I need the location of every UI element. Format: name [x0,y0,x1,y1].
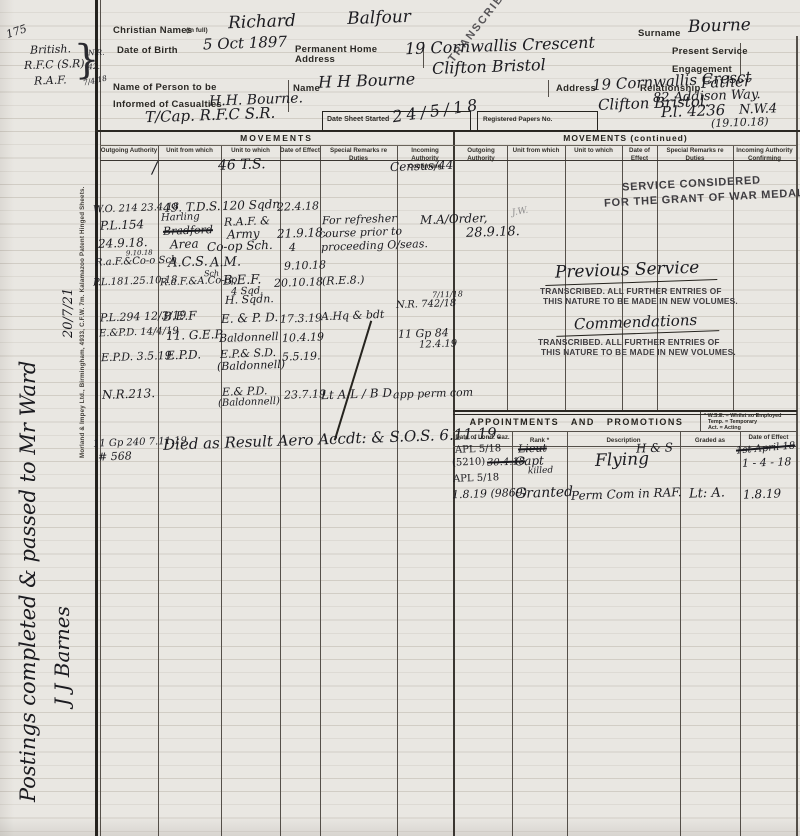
movement-entry: Area [170,238,199,251]
service-raf-note: R.A.F. [34,74,67,86]
movement-entry: 22.4.18 [277,200,319,212]
movement-entry: 10.4.19 [282,331,324,343]
movement-entry: 28.9.18. [466,225,520,240]
address-label: Address [556,83,596,94]
col-graded-as: Graded as [680,437,740,445]
legend-act: Act. = Acting [708,425,741,431]
movement-entry-superscript: 7/11/18 [432,290,463,299]
movement-entry: 23.7.19 [284,388,326,400]
movement-entry: A.C.S. [168,255,208,269]
binding-rule [95,0,98,836]
movement-entry: A.M. [210,255,241,269]
col-unit-from: Unit from which [507,147,565,155]
appointment-entry: killed [528,467,553,477]
appointment-entry: Perm Com in RAF. [571,486,682,502]
transcribed-note-2: THIS NATURE TO BE MADE IN NEW VOLUMES. [541,348,736,356]
present-service-label: Present Service [672,46,748,57]
registered-papers-label: Registered Papers No. [483,116,552,123]
margin-annotation: 42. [88,63,100,71]
movement-entry: Co-op Sch. [207,239,273,253]
appointment-entry: (5210) [452,457,486,468]
movement-entry-struck: Bradford [163,224,213,237]
printer-imprint: Morland & Impey Ltd., Birmingham, 4933, … [79,153,86,458]
movement-entry: Lt A.L / B D [321,387,392,401]
signature-date: 20/7/21 [62,288,75,338]
relation-date: (19.10.18) [711,116,769,129]
margin-annotation: N.R. [88,49,105,57]
previous-service-heading: Previous Service [545,259,718,286]
col-unit-to: Unit to which [565,147,622,155]
movement-entry: E.P.D. [166,348,201,361]
movement-entry: H. Sqdn. [225,293,274,306]
appointments-top-rule [453,410,797,412]
movement-entry: 20.10.18 [274,276,323,289]
appointment-entry: 1.8.19 [743,487,782,500]
appointment-entry: APL 5/18 [453,473,500,485]
signature: J J Barnes [52,396,72,706]
movement-entry: 120 Sqdn [222,198,280,212]
movement-entry: 12.4.19 [419,339,457,350]
movement-entry: (R.E.8.) [322,274,365,286]
movement-entry: 17.3.19 [280,312,322,324]
appointment-entry: Granted [515,485,574,501]
movement-entry: N.R.213. [102,387,156,401]
movement-entry: 46 T.S. [218,157,266,173]
table-left-rule [100,0,101,836]
nationality-note: British. [30,43,71,55]
movement-entry: R.a.F.&Co-o Sch [95,256,178,269]
surname-label: Surname [638,28,681,39]
dob-label: Date of Birth [117,45,178,56]
movement-entry-superscript: 9.10.18 [126,250,153,258]
col-outgoing-authority: Outgoing Authority [455,147,507,163]
col-incoming-authority: Incoming Authority Confirming [733,147,796,163]
movement-entry: course prior to [319,226,402,240]
person-to-inform-label: Name of Person to be [113,82,217,93]
movement-entry: A.Hq & bdt [321,309,385,322]
transcribed-note: TRANSCRIBED. ALL FURTHER ENTRIES OF [540,287,722,295]
movements-title: MOVEMENTS [100,133,453,143]
column-rule [280,145,281,836]
movement-entry: E. & P. D. [221,311,279,325]
home-address-value: 19 Cornwallis Crescent [405,35,595,58]
pencil-note: J.W. [511,207,529,219]
margin-brace: } [73,40,100,81]
movement-entry: 5.5.19. [282,350,321,362]
col-special-remarks: Special Remarks re Duties [657,147,733,163]
movement-entry: P.L.154 [100,218,145,232]
home-address-value-2: Clifton Bristol [432,57,546,77]
death-note: Died as Result Aero Accdt: & S.O.S. 6.11… [163,426,502,453]
movements-continued-title: MOVEMENTS (continued) [455,133,796,143]
movement-entry: # 568 [98,450,132,462]
movement-entry: B.E.F [163,309,197,322]
col-date-effect: Date of Effect [622,147,657,163]
page-number: 175 [5,23,28,40]
surname-value: Bourne [688,17,751,36]
movement-entry: 11. G.E.P. [166,328,224,342]
movement-entry: 4 [289,242,296,253]
casualty-form-scan: 175 British. R.F.C (S.R) R.A.F. } N.R. 4… [0,0,800,836]
col-header-top-rule [100,145,796,146]
col-date-lond-gaz: Date of Lond. Gaz. [453,434,512,442]
transcribed-note: TRANSCRIBED. ALL FURTHER ENTRIES OF [538,338,720,346]
movement-entry: Harling [161,212,200,223]
appointment-entry: 1 - 4 - 18 [742,456,792,469]
col-special-remarks: Special Remarks re Duties [320,147,397,163]
posting-note: Postings completed & passed to Mr Ward [18,142,39,802]
movement-entry: (Baldonnell) [218,397,280,409]
col-date-effect: Date of Effect [280,147,320,155]
pen-stroke [334,320,372,440]
col-unit-from: Unit from which [158,147,221,155]
informed-name-value: H H Bourne [318,71,416,90]
movement-entry: app perm com [393,387,473,401]
transcribed-note-2: THIS NATURE TO BE MADE IN NEW VOLUMES. [543,297,738,305]
dob-value: 5 Oct 1897 [203,35,287,53]
in-full-label: (in full) [186,27,208,34]
movement-entry: 24.9.18. [98,236,148,250]
rank-note: T/Cap. R.F.C S.R. [145,106,276,126]
appointment-entry: Lt: A. [689,486,725,500]
pen-mark: / [152,160,158,176]
column-rule [158,145,159,836]
col-outgoing-authority: Outgoing Authority [100,147,158,155]
movement-entry: (Baldonnell) [217,359,285,372]
appointments-title-rule [453,431,797,432]
appointment-entry: Flying [595,451,650,470]
commendations-heading: Commendations [556,312,720,337]
movement-entry-superscript: Sch [204,270,219,279]
col-unit-to: Unit to which [221,147,280,155]
movement-entry: M.A/Order, [420,212,488,226]
movement-entry: 9.10.18 [284,259,326,271]
movement-entry: Baldonnell [219,331,279,344]
date-sheet-label: Date Sheet Started [327,116,389,123]
movement-entry: Census/44 [390,159,454,173]
christian-names-label: Christian Names [113,25,192,36]
movement-entry: N.R. 742/18 [396,299,457,311]
column-rule [507,145,508,410]
column-rule [740,432,741,836]
christian-names-value: Richard Balfour [228,9,411,32]
movement-entry: E.P.D. 3.5.19. [101,350,175,364]
home-address-label-2: Address [295,54,335,65]
appointment-entry: APL 5/18 [455,444,502,456]
appointments-title: APPOINTMENTS AND PROMOTIONS [453,417,700,427]
movement-entry: proceeding O/seas. [321,238,428,253]
field-bracket [548,80,549,97]
